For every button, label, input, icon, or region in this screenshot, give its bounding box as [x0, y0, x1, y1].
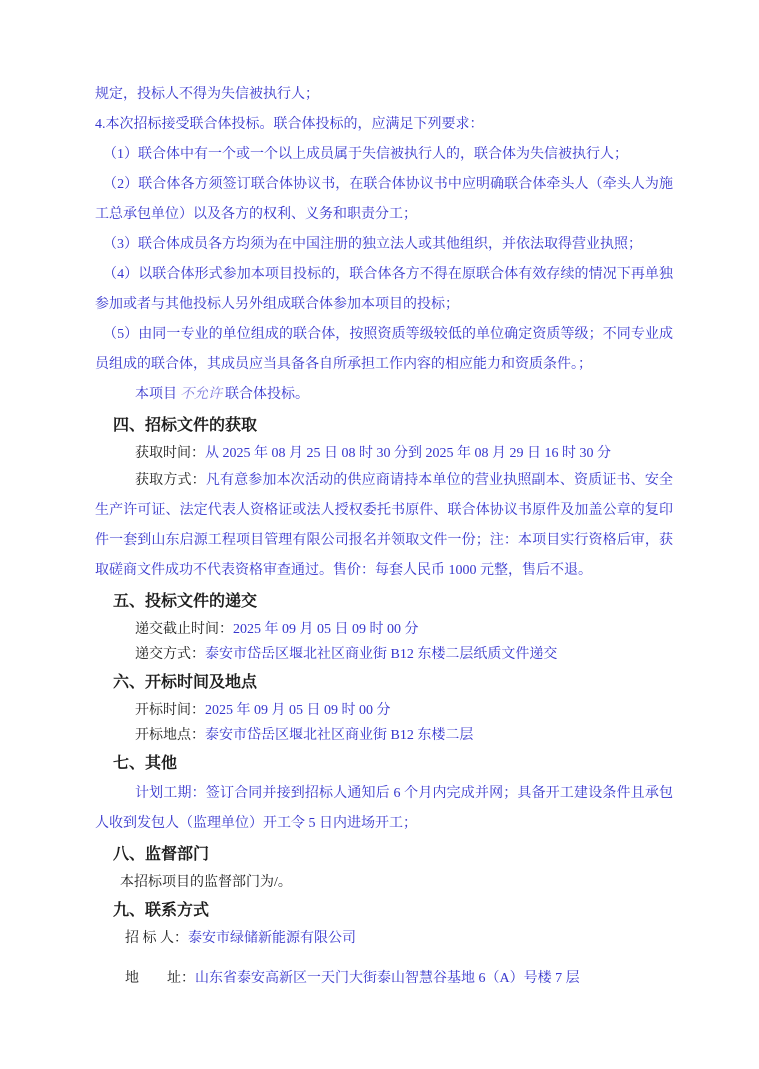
- section-6-heading: 六、开标时间及地点: [95, 673, 673, 693]
- s6-open-time-label: 开标时间：: [135, 703, 205, 718]
- jv-not-allowed-note: 本项目不允许联合体投标。: [95, 380, 673, 410]
- s5-method-row: 递交方式：泰安市岱岳区堰北社区商业街 B12 东楼二层纸质文件递交: [95, 642, 673, 667]
- jv-clause-5: （5）由同一专业的单位组成的联合体，按照资质等级较低的单位确定资质等级；不同专业…: [95, 320, 673, 380]
- s6-open-place-row: 开标地点：泰安市岱岳区堰北社区商业街 B12 东楼二层: [95, 723, 673, 748]
- s4-obtain-method-row: 获取方式：凡有意参加本次活动的供应商请持本单位的营业执照副本、资质证书、安全生产…: [95, 466, 673, 586]
- section-7-heading: 七、其他: [95, 754, 673, 774]
- jv-clause-1: （1）联合体中有一个或一个以上成员属于失信被执行人的，联合体为失信被执行人；: [95, 140, 673, 170]
- s4-obtain-time-label: 获取时间：: [135, 446, 205, 461]
- s6-open-time-row: 开标时间：2025 年 09 月 05 日 09 时 00 分: [95, 698, 673, 723]
- jv-clause-2: （2）联合体各方须签订联合体协议书，在联合体协议书中应明确联合体牵头人（牵头人为…: [95, 170, 673, 230]
- s6-open-place-label: 开标地点：: [135, 728, 205, 743]
- jv-clause-4: （4）以联合体形式参加本项目投标的，联合体各方不得在原联合体有效存续的情况下再单…: [95, 260, 673, 320]
- s9-address-row: 地 址：山东省泰安高新区一天门大街泰山智慧谷基地 6（A）号楼 7 层: [95, 966, 673, 991]
- s9-bidder-label: 招 标 人：: [125, 931, 188, 946]
- s5-deadline-value: 2025 年 09 月 05 日 09 时 00 分: [233, 622, 419, 637]
- s5-method-label: 递交方式：: [135, 647, 205, 662]
- s6-open-place-value: 泰安市岱岳区堰北社区商业街 B12 东楼二层: [205, 728, 473, 743]
- section-8-heading: 八、监督部门: [95, 845, 673, 865]
- s7-schedule-body: 计划工期：签订合同并接到招标人通知后 6 个月内完成并网；具备开工建设条件且承包…: [95, 779, 673, 839]
- s8-supervision-body: 本招标项目的监督部门为/。: [95, 870, 673, 895]
- s5-method-value: 泰安市岱岳区堰北社区商业街 B12 东楼二层纸质文件递交: [205, 647, 557, 662]
- jv-clause-3: （3）联合体成员各方均须为在中国注册的独立法人或其他组织，并依法取得营业执照；: [95, 230, 673, 260]
- jv-note-prefix: 本项目: [135, 387, 177, 402]
- s4-obtain-method-value: 凡有意参加本次活动的供应商请持本单位的营业执照副本、资质证书、安全生产许可证、法…: [95, 473, 673, 578]
- intro-line-1: 规定，投标人不得为失信被执行人；: [95, 80, 673, 110]
- intro-line-2: 4.本次招标接受联合体投标。联合体投标的，应满足下列要求：: [95, 110, 673, 140]
- s4-obtain-time-value: 从 2025 年 08 月 25 日 08 时 30 分到 2025 年 08 …: [205, 446, 611, 461]
- s5-deadline-label: 递交截止时间：: [135, 622, 233, 637]
- section-9-heading: 九、联系方式: [95, 901, 673, 921]
- jv-note-emphasis: 不允许: [177, 387, 225, 402]
- tender-document-page: 规定，投标人不得为失信被执行人； 4.本次招标接受联合体投标。联合体投标的，应满…: [0, 0, 759, 1069]
- s9-bidder-row: 招 标 人：泰安市绿储新能源有限公司: [95, 926, 673, 951]
- s6-open-time-value: 2025 年 09 月 05 日 09 时 00 分: [205, 703, 391, 718]
- s9-address-label: 地 址：: [125, 971, 195, 986]
- jv-note-suffix: 联合体投标。: [225, 387, 309, 402]
- s5-deadline-row: 递交截止时间：2025 年 09 月 05 日 09 时 00 分: [95, 617, 673, 642]
- section-5-heading: 五、投标文件的递交: [95, 592, 673, 612]
- s9-address-value: 山东省泰安高新区一天门大街泰山智慧谷基地 6（A）号楼 7 层: [195, 971, 580, 986]
- s9-bidder-value: 泰安市绿储新能源有限公司: [188, 931, 356, 946]
- s4-obtain-method-label: 获取方式：: [135, 473, 206, 488]
- section-4-heading: 四、招标文件的获取: [95, 416, 673, 436]
- s4-obtain-time-row: 获取时间：从 2025 年 08 月 25 日 08 时 30 分到 2025 …: [95, 441, 673, 466]
